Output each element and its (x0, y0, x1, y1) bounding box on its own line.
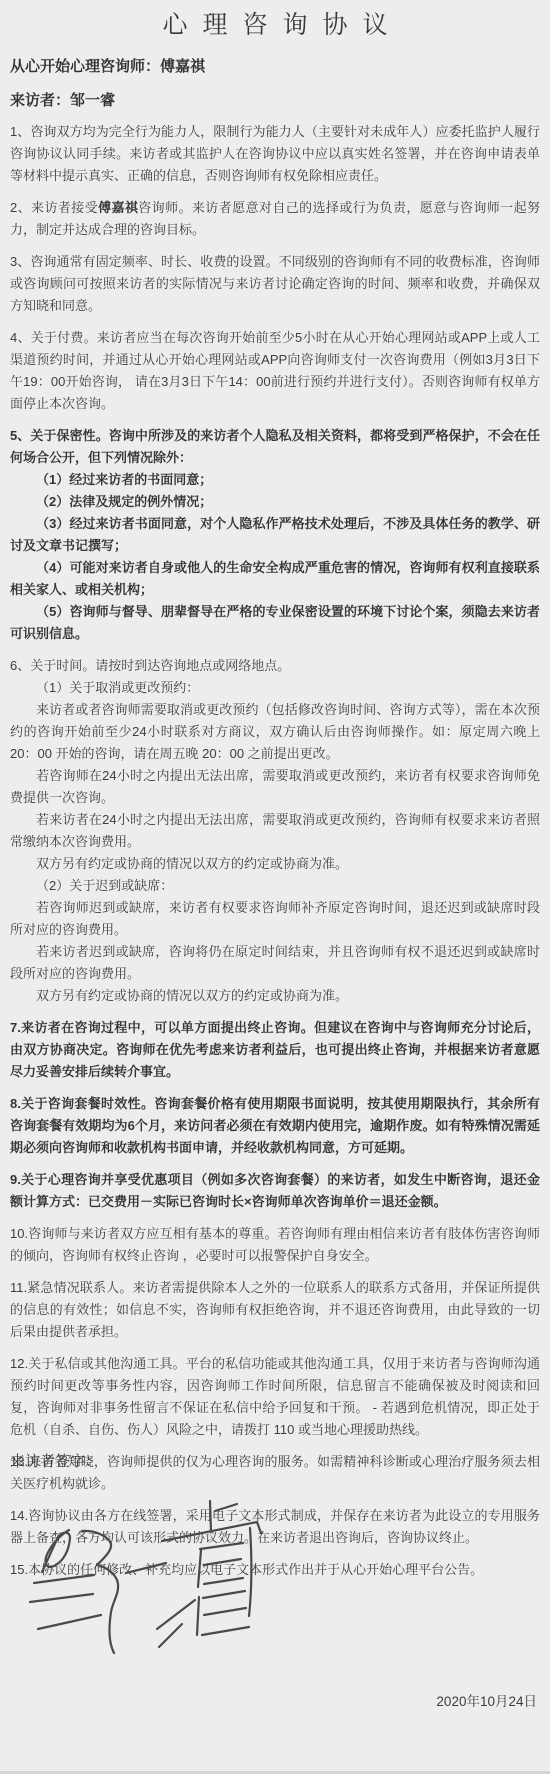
client-signature-drawing (14, 1488, 276, 1660)
counselor-name-inline: 傅嘉祺 (98, 200, 138, 215)
clause-6-item-1-para-d: 双方另有约定或协商的情况以双方的约定或协商为准。 (10, 853, 540, 875)
clause-6-item-1-para-c: 若来访者在24小时之内提出无法出席，需要取消或更改预约，咨询师有权要求来访者照常… (10, 809, 540, 853)
clause-5-item-2: （2）法律及规定的例外情况； (10, 491, 540, 513)
clause-6-item-2-para-c: 双方另有约定或协商的情况以双方的约定或协商为准。 (10, 985, 540, 1007)
page-title: 心理咨询协议 (0, 10, 550, 40)
clause-6-item-1-para-a: 来访者或者咨询师需要取消或更改预约（包括修改咨询时间、咨询方式等），需在本次预约… (10, 699, 540, 765)
signing-date: 2020年10月24日 (436, 1690, 537, 1710)
clause-6-item-1: （1）关于取消或更改预约： (10, 677, 540, 699)
clause-6: 6、关于时间。请按时到达咨询地点或网络地点。 (10, 655, 540, 677)
clause-2: 2、来访者接受傅嘉祺咨询师。来访者愿意对自己的选择或行为负责，愿意与咨询师一起努… (10, 197, 540, 241)
clause-5-item-4: （4）可能对来访者自身或他人的生命安全构成严重危害的情况，咨询师有权利直接联系相… (10, 557, 540, 601)
clause-6-item-2: （2）关于迟到或缺席： (10, 875, 540, 897)
clause-10: 10.咨询师与来访者双方应互相有基本的尊重。若咨询师有理由相信来访者有肢体伤害咨… (10, 1223, 540, 1267)
clause-5-item-5: （5）咨询师与督导、朋辈督导在严格的专业保密设置的环境下讨论个案，须隐去来访者可… (10, 601, 540, 645)
clause-9: 9.关于心理咨询并享受优惠项目（例如多次咨询套餐）的来访者，如发生中断咨询，退还… (10, 1169, 540, 1213)
clause-12: 12.关于私信或其他沟通工具。平台的私信功能或其他沟通工具，仅用于来访者与咨询师… (10, 1353, 540, 1441)
clause-5: 5、关于保密性。咨询中所涉及的来访者个人隐私及相关资料，都将受到严格保护，不会在… (10, 425, 540, 469)
clause-5-item-3: （3）经过来访者书面同意，对个人隐私作严格技术处理后，不涉及具体任务的教学、研讨… (10, 513, 540, 557)
clause-7: 7.来访者在咨询过程中，可以单方面提出终止咨询。但建议在咨询中与咨询师充分讨论后… (10, 1017, 540, 1083)
clause-6-item-1-para-b: 若咨询师在24小时之内提出无法出席，需要取消或更改预约，来访者有权要求咨询师免费… (10, 765, 540, 809)
clause-4: 4、关于付费。来访者应当在每次咨询开始前至少5小时在从心开始心理网站或APP上或… (10, 327, 540, 415)
clause-8: 8.关于咨询套餐时效性。咨询套餐价格有使用期限书面说明，按其使用期限执行，其余所… (10, 1093, 540, 1159)
clause-1: 1、咨询双方均为完全行为能力人，限制行为能力人（主要针对未成年人）应委托监护人履… (10, 121, 540, 187)
agreement-page: { "document": { "title": "心理咨询协议", "coun… (0, 0, 550, 1774)
signature-strokes (30, 1501, 261, 1653)
clause-3: 3、咨询通常有固定频率、时长、收费的设置。不同级别的咨询师有不同的收费标准，咨询… (10, 251, 540, 317)
signature-label: 来访者签字： (10, 1450, 100, 1471)
counselor-line: 从心开始心理咨询师：傅嘉祺 (10, 56, 540, 77)
clause-6-item-2-para-b: 若来访者迟到或缺席，咨询将仍在原定时间结束，并且咨询师有权不退还迟到或缺席时段所… (10, 941, 540, 985)
clause-6-item-2-para-a: 若咨询师迟到或缺席，来访者有权要求咨询师补齐原定咨询时间，退还迟到或缺席时段所对… (10, 897, 540, 941)
client-line: 来访者：邹一睿 (10, 90, 540, 111)
clause-2-text: 2、来访者接受 (10, 200, 98, 215)
clause-5-item-1: （1）经过来访者的书面同意； (10, 469, 540, 491)
clause-11: 11.紧急情况联系人。来访者需提供除本人之外的一位联系人的联系方式备用，并保证所… (10, 1277, 540, 1343)
